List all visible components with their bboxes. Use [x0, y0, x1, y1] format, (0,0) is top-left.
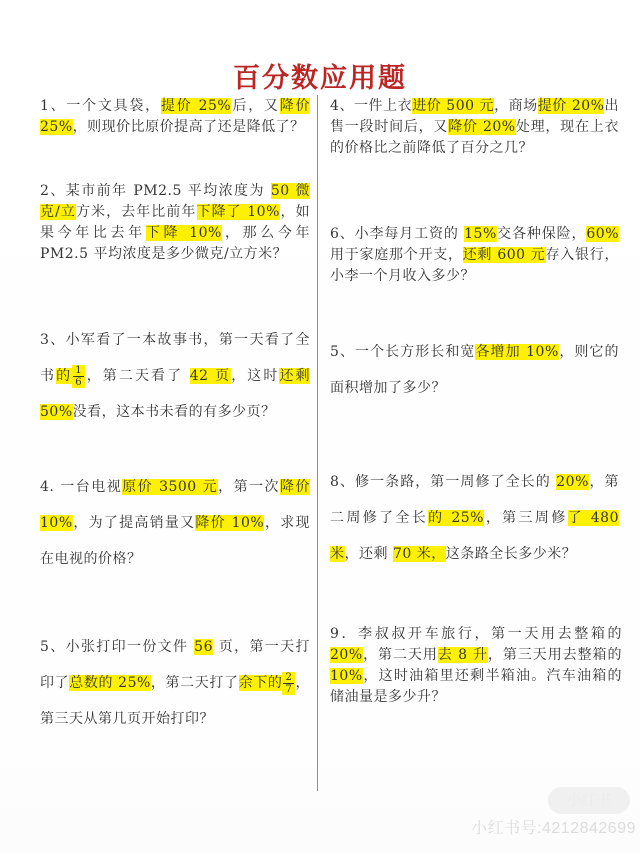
text-run: 5、小张打印一份文件 [40, 639, 194, 655]
text-run: 这条路全长多少米？ [446, 546, 577, 562]
text-run: ，第二天用 [363, 647, 438, 663]
text-run: ，这时油箱里还剩半箱油。汽车油箱的储油量是多少升？ [330, 668, 622, 705]
text-run: 下降了 10% [197, 204, 280, 220]
text-run: 70 米， [393, 546, 446, 562]
text-run: 20% [330, 647, 363, 663]
text-run: 余下的 [239, 675, 283, 691]
text-run: 42 页 [190, 368, 231, 384]
text-run: 8、修一条路，第一周修了全长的 [330, 474, 556, 490]
worksheet-page: 百分数应用题 1、一个文具袋，提价 25%后，又降价 25%，则现价比原价提高了… [0, 0, 640, 853]
text-run: 56 [194, 639, 213, 655]
text-run: 总数的 25% [69, 675, 151, 691]
text-run: 下降 10% [146, 225, 222, 241]
text-run: ，第一次 [218, 479, 280, 495]
text-run: 还剩 600 元 [463, 247, 546, 263]
text-run: 没看，这本书未看的有多少页？ [73, 404, 276, 420]
fraction: 27 [282, 672, 295, 695]
problem-6-right: 6、小李每月工资的 15%交各种保险，60%用于家庭那个开支，还剩 600 元存… [330, 224, 619, 287]
text-run: 9．李叔叔开车旅行，第一天用去整箱的 [330, 626, 622, 642]
watermark-account-id: 小红书号:4212842699 [471, 815, 636, 838]
text-run: 20% [556, 474, 589, 490]
text-run: 5、一个长方形长和宽 [330, 344, 475, 360]
problem-2-left: 2、某市前年 PM2.5 平均浓度为 50 微克/立方米，去年比前年下降了 10… [40, 181, 310, 265]
text-run: 6、小李每月工资的 [330, 226, 464, 242]
text-run: 降价 20% [448, 119, 515, 135]
text-run: 进价 500 元 [412, 98, 494, 114]
column-divider [317, 95, 318, 791]
problem-5-left: 5、小张打印一份文件 56 页，第一天打印了总数的 25%，第二天打了余下的27… [40, 629, 310, 737]
text-run: 后，又 [231, 98, 280, 114]
text-run: ，这时 [231, 368, 279, 384]
text-run: 原价 3500 元 [122, 479, 218, 495]
text-run: ，第二天看了 [85, 368, 190, 384]
problem-8-right: 8、修一条路，第一周修了全长的 20%，第二周修了全长的 25%，第三周修了 4… [330, 464, 619, 572]
xiaohongshu-badge: 小红书 [548, 787, 630, 814]
problem-3-left: 3、小军看了一本故事书，第一天看了全书的16，第二天看了 42 页，这时还剩 5… [40, 322, 310, 430]
text-run: 4. 一台电视 [40, 479, 122, 495]
problem-4-right: 4、一件上衣进价 500 元，商场提价 20%出售一段时间后，又降价 20%处理… [330, 96, 619, 159]
text-run: 的 [56, 368, 72, 384]
text-run: 提价 20% [538, 98, 605, 114]
text-run: 用于家庭那个开支， [330, 247, 463, 263]
text-run: ，第三天用去整箱的 [488, 647, 622, 663]
text-run: 各增加 10% [475, 344, 558, 360]
text-run: 60% [586, 226, 619, 242]
text-run: 方米，去年比前年 [76, 204, 197, 220]
text-run: 交各种保险， [497, 226, 587, 242]
problem-9-right: 9．李叔叔开车旅行，第一天用去整箱的 20%，第二天用去 8 升，第三天用去整箱… [330, 624, 622, 708]
text-run: ，则现价比原价提高了还是降低了？ [73, 119, 305, 135]
problem-5-right: 5、一个长方形长和宽各增加 10%，则它的面积增加了多少？ [330, 334, 619, 406]
text-run: 4、一件上衣 [330, 98, 412, 114]
text-run: 2、某市前年 PM2.5 平均浓度为 [40, 183, 271, 199]
text-run: 降价 10% [195, 515, 264, 531]
text-run: ，商场 [494, 98, 538, 114]
text-run: 去 8 升 [438, 647, 488, 663]
text-run: 10% [330, 668, 363, 684]
text-run: ，为了提高销量又 [73, 515, 196, 531]
text-run: ，第二天打了 [151, 675, 239, 691]
page-title: 百分数应用题 [0, 56, 640, 95]
text-run: 1、一个文具袋， [40, 98, 161, 114]
fraction: 16 [72, 365, 85, 388]
text-run: 的 25% [428, 510, 484, 526]
problem-4-left: 4. 一台电视原价 3500 元，第一次降价 10%，为了提高销量又降价 10%… [40, 469, 310, 577]
text-run: ，还剩 [345, 546, 393, 562]
problem-1-left: 1、一个文具袋，提价 25%后，又降价 25%，则现价比原价提高了还是降低了？ [40, 96, 310, 138]
text-run: 提价 25% [161, 98, 231, 114]
text-run: 15% [464, 226, 497, 242]
text-run: ，第三周修 [484, 510, 568, 526]
